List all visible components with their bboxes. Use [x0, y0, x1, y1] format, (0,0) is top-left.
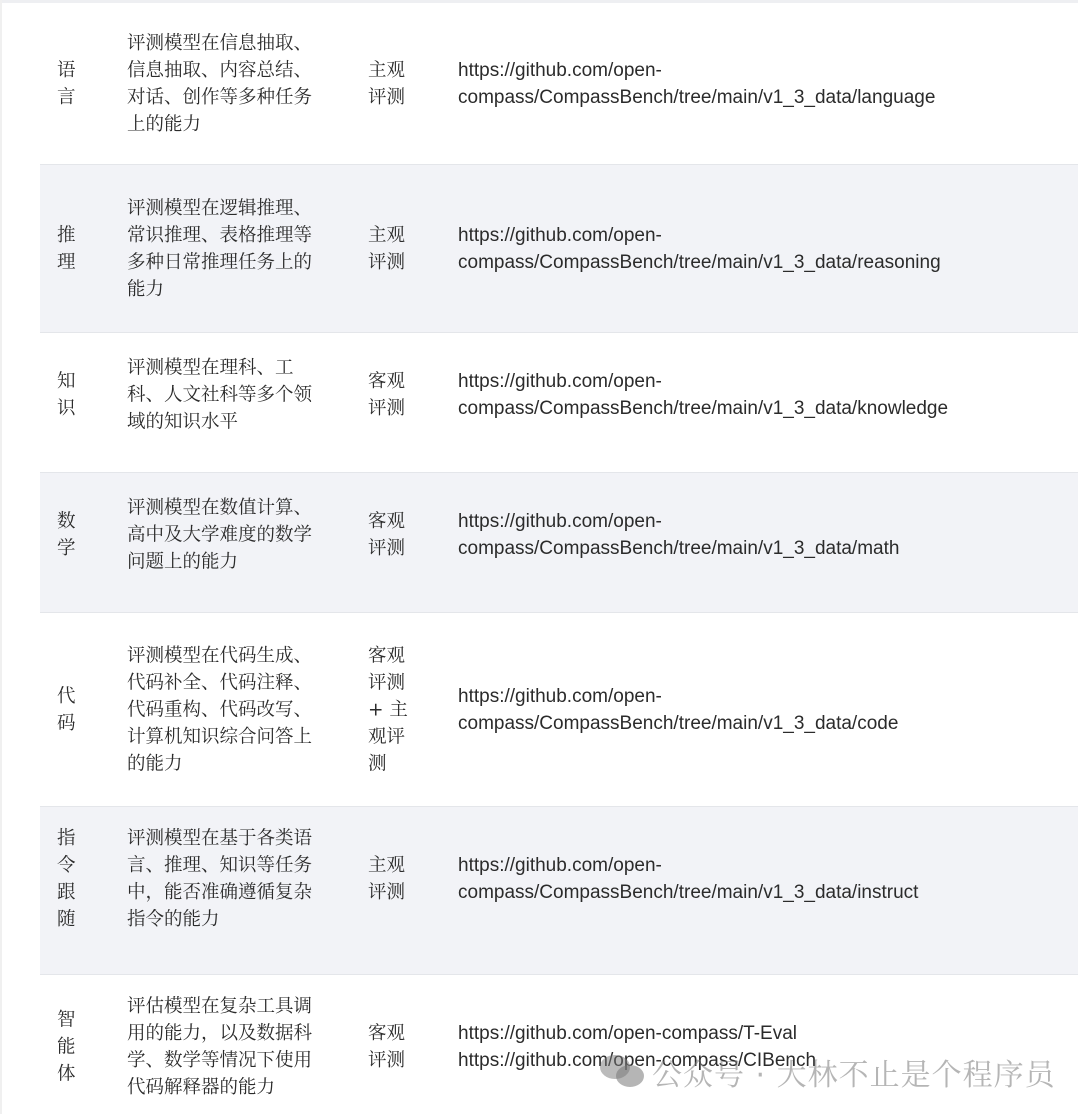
category-cell: 推 理 — [57, 222, 83, 276]
dataset-link[interactable]: compass/CompassBench/tree/main/v1_3_data… — [458, 535, 1078, 562]
eval-type-cell: 客观 评测 + 主 观评 测 — [368, 642, 414, 777]
description-cell: 评测模型在信息抽取、 信息抽取、内容总结、 对话、创作等多种任务 上的能力 — [127, 30, 337, 138]
eval-type-cell: 客观 评测 — [368, 1020, 414, 1074]
dataset-link[interactable]: compass/CompassBench/tree/main/v1_3_data… — [458, 84, 1078, 111]
url-cell: https://github.com/open- compass/Compass… — [458, 508, 1078, 562]
table-row-language: 语 言 评测模型在信息抽取、 信息抽取、内容总结、 对话、创作等多种任务 上的能… — [40, 3, 1078, 165]
dataset-link[interactable]: compass/CompassBench/tree/main/v1_3_data… — [458, 879, 1078, 906]
page: 语 言 评测模型在信息抽取、 信息抽取、内容总结、 对话、创作等多种任务 上的能… — [0, 0, 1080, 1114]
category-cell: 知 识 — [57, 368, 83, 422]
dataset-link[interactable]: https://github.com/open- — [458, 683, 1078, 710]
url-cell: https://github.com/open- compass/Compass… — [458, 683, 1078, 737]
description-cell: 评测模型在逻辑推理、 常识推理、表格推理等 多种日常推理任务上的 能力 — [127, 195, 337, 303]
eval-type-cell: 主观 评测 — [368, 57, 414, 111]
eval-type-cell: 客观 评测 — [368, 368, 414, 422]
url-cell: https://github.com/open- compass/Compass… — [458, 368, 1078, 422]
table-row-code: 代 码 评测模型在代码生成、 代码补全、代码注释、 代码重构、代码改写、 计算机… — [40, 613, 1078, 807]
url-cell: https://github.com/open- compass/Compass… — [458, 222, 1078, 276]
eval-type-cell: 客观 评测 — [368, 508, 414, 562]
description-cell: 评测模型在基于各类语 言、推理、知识等任务 中，能否准确遵循复杂 指令的能力 — [127, 825, 337, 933]
dataset-link-cibench[interactable]: https://github.com/open-compass/CIBench — [458, 1047, 1078, 1074]
dataset-link[interactable]: https://github.com/open- — [458, 57, 1078, 84]
description-cell: 评估模型在复杂工具调 用的能力，以及数据科 学、数学等情况下使用 代码解释器的能… — [127, 993, 337, 1101]
category-cell: 语 言 — [57, 57, 83, 111]
category-cell: 指 令 跟 随 — [57, 825, 83, 933]
category-cell: 数 学 — [57, 508, 83, 562]
table-row-knowledge: 知 识 评测模型在理科、工 科、人文社科等多个领 域的知识水平 客观 评测 ht… — [40, 333, 1078, 473]
description-cell: 评测模型在数值计算、 高中及大学难度的数学 问题上的能力 — [127, 494, 337, 575]
table-row-reasoning: 推 理 评测模型在逻辑推理、 常识推理、表格推理等 多种日常推理任务上的 能力 … — [40, 165, 1078, 333]
dataset-link[interactable]: https://github.com/open- — [458, 852, 1078, 879]
category-cell: 代 码 — [57, 683, 83, 737]
dataset-link[interactable]: https://github.com/open- — [458, 222, 1078, 249]
table-row-agent: 智 能 体 评估模型在复杂工具调 用的能力，以及数据科 学、数学等情况下使用 代… — [40, 975, 1078, 1114]
dataset-link-t-eval[interactable]: https://github.com/open-compass/T-Eval — [458, 1020, 1078, 1047]
dataset-link[interactable]: https://github.com/open- — [458, 508, 1078, 535]
category-cell: 智 能 体 — [57, 1007, 83, 1088]
dataset-link[interactable]: compass/CompassBench/tree/main/v1_3_data… — [458, 710, 1078, 737]
dataset-link[interactable]: https://github.com/open- — [458, 368, 1078, 395]
eval-type-cell: 主观 评测 — [368, 222, 414, 276]
table-row-instruct: 指 令 跟 随 评测模型在基于各类语 言、推理、知识等任务 中，能否准确遵循复杂… — [40, 807, 1078, 975]
benchmark-table: 语 言 评测模型在信息抽取、 信息抽取、内容总结、 对话、创作等多种任务 上的能… — [40, 3, 1078, 1114]
table-row-math: 数 学 评测模型在数值计算、 高中及大学难度的数学 问题上的能力 客观 评测 h… — [40, 473, 1078, 613]
url-cell: https://github.com/open- compass/Compass… — [458, 852, 1078, 906]
description-cell: 评测模型在理科、工 科、人文社科等多个领 域的知识水平 — [127, 354, 337, 435]
dataset-link[interactable]: compass/CompassBench/tree/main/v1_3_data… — [458, 249, 1078, 276]
url-cell: https://github.com/open-compass/T-Eval h… — [458, 1020, 1078, 1074]
url-cell: https://github.com/open- compass/Compass… — [458, 57, 1078, 111]
description-cell: 评测模型在代码生成、 代码补全、代码注释、 代码重构、代码改写、 计算机知识综合… — [127, 642, 337, 777]
dataset-link[interactable]: compass/CompassBench/tree/main/v1_3_data… — [458, 395, 1078, 422]
eval-type-cell: 主观 评测 — [368, 852, 414, 906]
